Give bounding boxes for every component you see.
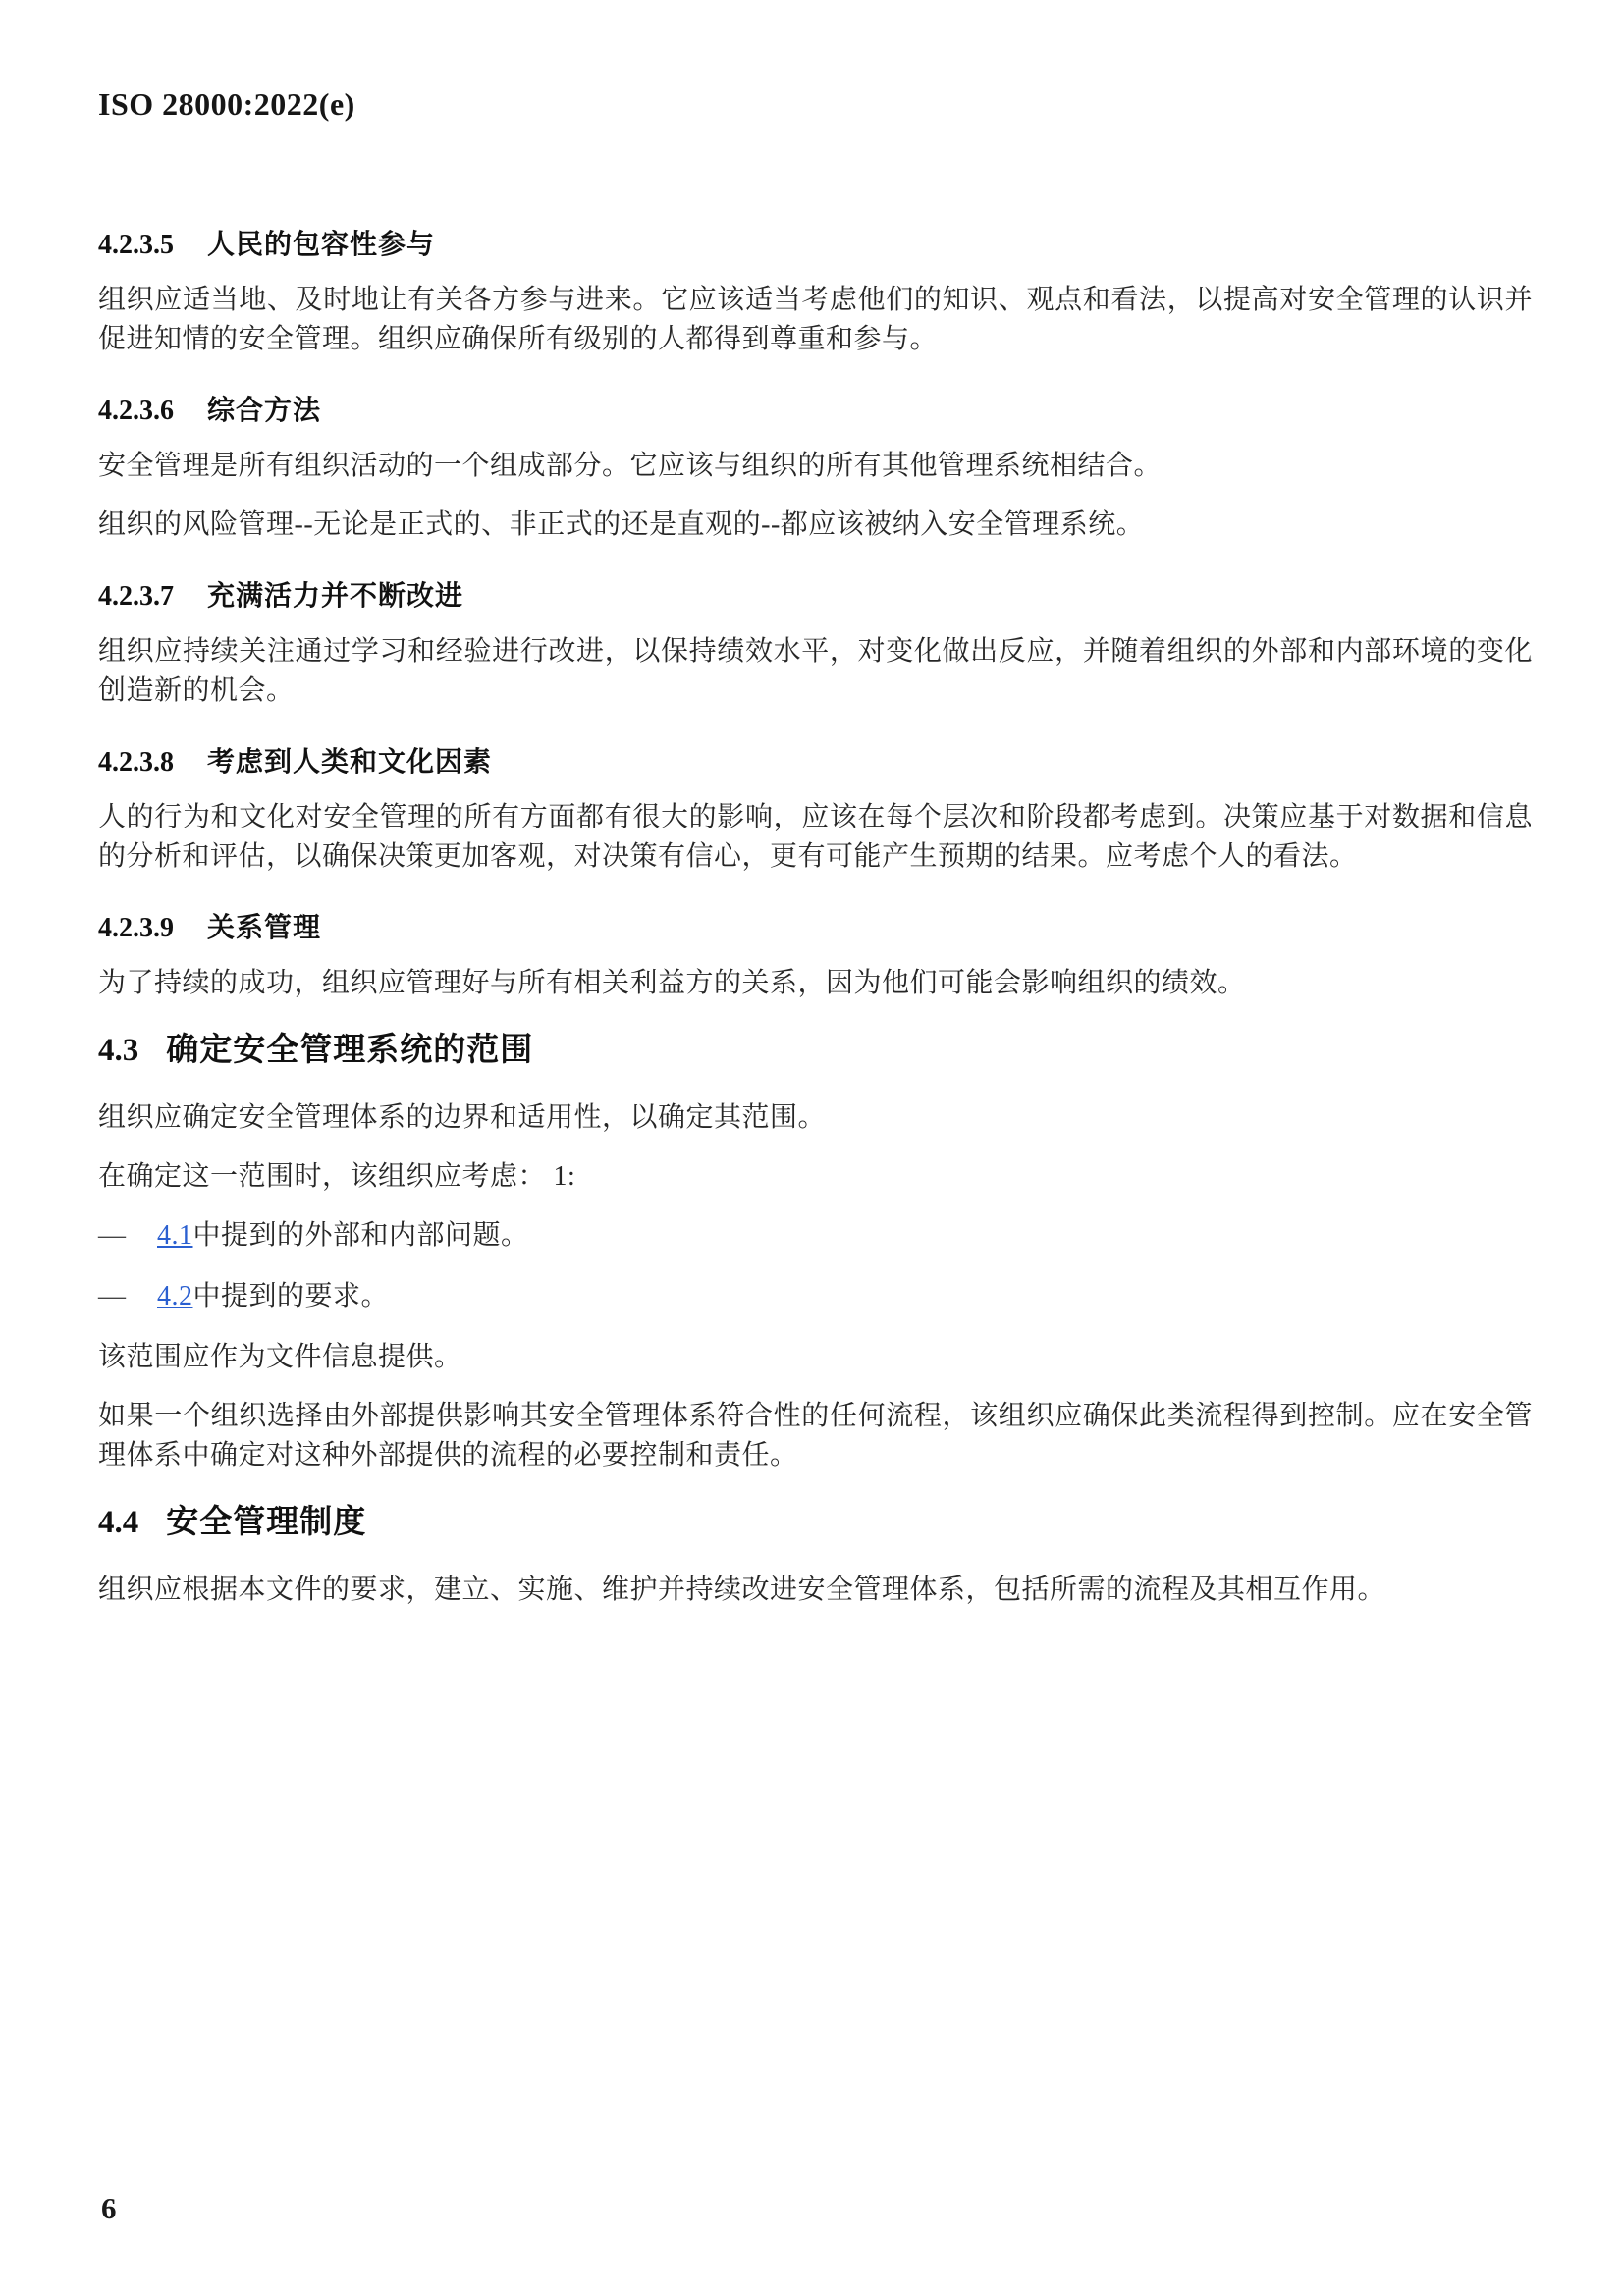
paragraph: 为了持续的成功，组织应管理好与所有相关利益方的关系，因为他们可能会影响组织的绩效…	[98, 964, 1533, 1003]
paragraph: 组织的风险管理--无论是正式的、非正式的还是直观的--都应该被纳入安全管理系统。	[98, 506, 1533, 545]
heading-number: 4.4	[98, 1505, 138, 1540]
heading-number: 4.2.3.6	[98, 396, 174, 426]
heading-number: 4.2.3.9	[98, 913, 174, 943]
heading-title: 确定安全管理系统的范围	[166, 1031, 533, 1067]
heading-number: 4.2.3.7	[98, 581, 174, 612]
heading-title: 考虑到人类和文化因素	[207, 746, 492, 776]
heading-title: 安全管理制度	[166, 1503, 366, 1539]
paragraph: 组织应适当地、及时地让有关各方参与进来。它应该适当考虑他们的知识、观点和看法，以…	[98, 281, 1533, 359]
bullet-text: 中提到的外部和内部问题。	[193, 1220, 529, 1251]
heading-number: 4.2.3.5	[98, 230, 174, 260]
section-heading: 4.3确定安全管理系统的范围	[98, 1027, 1533, 1073]
heading-number: 4.2.3.8	[98, 747, 174, 777]
paragraph: 该范围应作为文件信息提供。	[98, 1338, 1533, 1377]
paragraph: 在确定这一范围时，该组织应考虑： 1:	[98, 1157, 1533, 1197]
bullet-dash: —	[98, 1277, 157, 1316]
paragraph: 组织应根据本文件的要求，建立、实施、维护并持续改进安全管理体系，包括所需的流程及…	[98, 1571, 1533, 1610]
subsection-heading: 4.2.3.8考虑到人类和文化因素	[98, 742, 1533, 782]
section-link[interactable]: 4.1	[157, 1220, 193, 1251]
section-link[interactable]: 4.2	[157, 1281, 193, 1311]
subsection-heading: 4.2.3.7充满活力并不断改进	[98, 576, 1533, 616]
heading-title: 关系管理	[207, 912, 321, 942]
document-page: ISO 28000:2022(e) 4.2.3.5人民的包容性参与组织应适当地、…	[0, 0, 1623, 2296]
subsection-heading: 4.2.3.9关系管理	[98, 908, 1533, 948]
paragraph: 如果一个组织选择由外部提供影响其安全管理体系符合性的任何流程，该组织应确保此类流…	[98, 1397, 1533, 1475]
paragraph: 人的行为和文化对安全管理的所有方面都有很大的影响，应该在每个层次和阶段都考虑到。…	[98, 798, 1533, 877]
heading-title: 充满活力并不断改进	[207, 580, 463, 611]
section-heading: 4.4安全管理制度	[98, 1499, 1533, 1545]
list-item: —4.1中提到的外部和内部问题。	[98, 1216, 1533, 1255]
heading-number: 4.3	[98, 1033, 138, 1068]
subsection-heading: 4.2.3.6综合方法	[98, 391, 1533, 431]
paragraph: 安全管理是所有组织活动的一个组成部分。它应该与组织的所有其他管理系统相结合。	[98, 447, 1533, 486]
paragraph: 组织应持续关注通过学习和经验进行改进，以保持绩效水平，对变化做出反应，并随着组织…	[98, 632, 1533, 711]
heading-title: 综合方法	[207, 395, 321, 425]
list-item: —4.2中提到的要求。	[98, 1277, 1533, 1316]
document-content: 4.2.3.5人民的包容性参与组织应适当地、及时地让有关各方参与进来。它应该适当…	[98, 225, 1533, 1610]
paragraph: 组织应确定安全管理体系的边界和适用性，以确定其范围。	[98, 1098, 1533, 1138]
subsection-heading: 4.2.3.5人民的包容性参与	[98, 225, 1533, 265]
page-number: 6	[101, 2191, 117, 2226]
document-header: ISO 28000:2022(e)	[98, 86, 1533, 123]
heading-title: 人民的包容性参与	[207, 229, 435, 259]
bullet-dash: —	[98, 1216, 157, 1255]
bullet-text: 中提到的要求。	[193, 1281, 390, 1311]
